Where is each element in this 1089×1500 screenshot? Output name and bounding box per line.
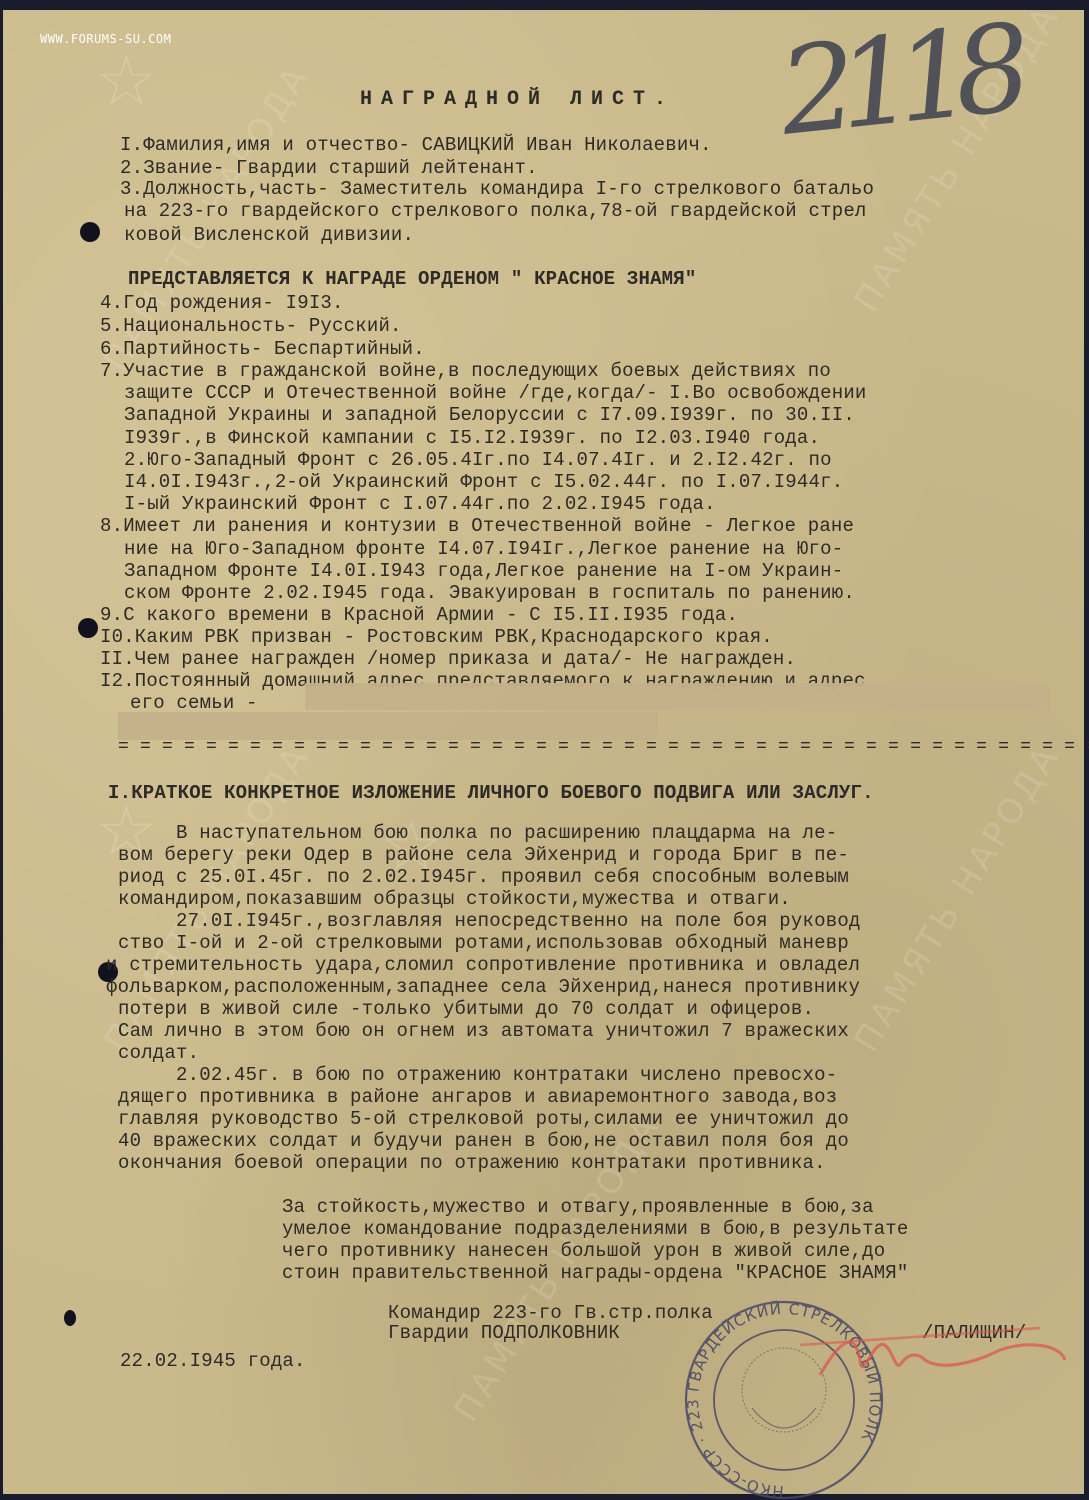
handwritten-number: 2118 [774, 10, 1019, 154]
redacted-address [305, 683, 1050, 710]
site-watermark: WWW.FORUMS-SU.COM [40, 32, 171, 46]
conclusion-line: умелое командование подразделениями в бо… [282, 1218, 909, 1240]
star-watermark-icon: ☆ [95, 40, 158, 122]
field-participation-cont: I-ый Украинский Фронт с I.07.44г.по 2.02… [124, 493, 716, 515]
feat-line: ство I-ой и 2-ой стрелковыми ротами,испо… [118, 932, 849, 954]
field-birth-year: 4.Год рождения- I9I3. [100, 292, 344, 314]
signature-scribble-icon [800, 1320, 1070, 1400]
conclusion-line: чего противнику нанесен большой урон в ж… [282, 1240, 885, 1262]
field-position-cont: ковой Висленской дивизии. [124, 224, 414, 246]
feat-line: 2.02.45г. в бою по отражению контратаки … [118, 1064, 837, 1086]
field-participation-cont: 2.Юго-Западный Фронт с 26.05.4Iг.по I4.0… [124, 449, 832, 471]
separator: ========================================… [118, 737, 1089, 757]
field-wounds-cont: ние на Юго-Западном фронте I4.07.I94Iг.,… [124, 538, 843, 560]
feat-line: командиром,показавшим образцы стойкости,… [118, 888, 791, 910]
redacted-address [118, 712, 658, 740]
field-party: 6.Партийность- Беспартийный. [100, 338, 425, 360]
field-draft-office: I0.Каким РВК призван - Ростовским РВК,Кр… [100, 626, 773, 648]
feat-line: фольварком,расположенным,западнее села Э… [106, 976, 860, 998]
conclusion-line: стоин правительственной награды-ордена "… [282, 1262, 909, 1284]
field-previous-awards: II.Чем ранее награжден /номер приказа и … [100, 648, 796, 670]
field-participation-cont: I939г.,в Финской кампании с I5.I2.I939г.… [124, 427, 820, 449]
signatory-rank: Гвардии ПОДПОЛКОВНИК [388, 1322, 620, 1344]
field-rank: 2.Звание- Гвардии старший лейтенант. [120, 157, 538, 179]
signatory-title: Командир 223-го Гв.стр.полка [388, 1302, 713, 1324]
feat-line: риод с 25.0I.45г. по 2.02.I945г. проявил… [118, 866, 849, 888]
field-participation-cont: Западной Украины и западной Белоруссии с… [124, 404, 855, 426]
feat-line: В наступательном бою полка по расширению… [118, 822, 837, 844]
field-participation-cont: I4.0I.I943г.,2-ой Украинский Фронт с I5.… [124, 471, 843, 493]
field-wounds-cont: ском Фронте 2.02.I945 года. Эвакуирован … [124, 582, 855, 604]
document-title: НАГРАДНОЙ ЛИСТ. [360, 88, 675, 111]
field-participation: 7.Участие в гражданской войне,в последую… [100, 360, 831, 382]
feat-line: вом берегу реки Одер в районе села Эйхен… [118, 844, 849, 866]
punch-hole [78, 618, 98, 638]
field-position: 3.Должность,часть- Заместитель командира… [120, 178, 874, 200]
feat-line: главляя руководство 5-ой стрелковой роты… [118, 1108, 849, 1130]
field-name: I.Фамилия,имя и отчество- САВИЦКИЙ Иван … [120, 134, 712, 156]
feat-heading: I.КРАТКОЕ КОНКРЕТНОЕ ИЗЛОЖЕНИЕ ЛИЧНОГО Б… [108, 782, 874, 804]
feat-line: 27.0I.I945г.,возглавляя непосредственно … [118, 910, 861, 932]
feat-line: Сам лично в этом бою он огнем из автомат… [118, 1020, 849, 1042]
field-army-since: 9.С какого времени в Красной Армии - С I… [100, 604, 738, 626]
conclusion-line: За стойкость,мужество и отвагу,проявленн… [282, 1196, 874, 1218]
field-participation-cont: защите СССР и Отечественной войне /где,к… [124, 382, 867, 404]
feat-line: солдат. [118, 1042, 199, 1064]
punch-hole [64, 1310, 76, 1326]
feat-line: дящего противника в районе ангаров и ави… [118, 1086, 837, 1108]
feat-line: потери в живой силе -только убитыми до 7… [118, 998, 814, 1020]
feat-line: и стремительность удара,сломил сопротивл… [106, 954, 860, 976]
field-position-cont: на 223-го гвардейского стрелкового полка… [124, 200, 867, 222]
document-date: 22.02.I945 года. [120, 1350, 306, 1372]
award-heading: ПРЕДСТАВЛЯЕТСЯ К НАГРАДЕ ОРДЕНОМ " КРАСН… [128, 268, 697, 290]
feat-line: 40 вражеских солдат и будучи ранен в бою… [118, 1130, 849, 1152]
feat-line: окончания боевой операции по отражению к… [118, 1152, 826, 1174]
field-home-address-cont: его семьи - [130, 692, 258, 714]
punch-hole [80, 222, 100, 242]
field-nationality: 5.Национальность- Русский. [100, 315, 402, 337]
field-wounds-cont: Западном Фронте I4.0I.I943 года,Легкое р… [124, 560, 843, 582]
field-wounds: 8.Имеет ли ранения и контузии в Отечеств… [100, 515, 854, 537]
